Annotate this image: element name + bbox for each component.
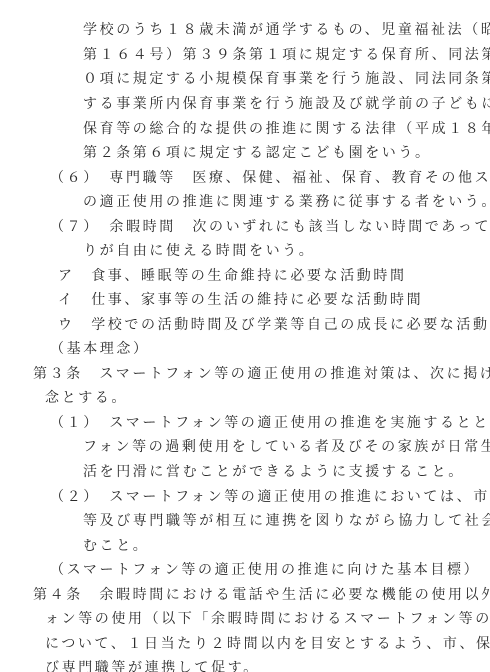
document-line: （２） スマートフォン等の適正使用の推進においては、市、保護者、学校	[50, 488, 490, 506]
document-line: （１） スマートフォン等の適正使用の推進を実施するとともに、スマート	[50, 414, 490, 432]
document-line: （６） 専門職等 医療、保健、福祉、保育、教育その他スマートフォン等	[50, 169, 490, 187]
document-line: 第２条第６項に規定する認定こども園をいう。	[83, 144, 432, 162]
document-line: 第１６４号）第３９条第１項に規定する保育所、同法第６条の３第１	[83, 46, 490, 64]
document-line: する事業所内保育事業を行う施設及び就学前の子どもに関する教育、	[83, 95, 490, 113]
document-line: （７） 余暇時間 次のいずれにも該当しない時間であって、市民一人ひと	[50, 218, 490, 236]
document-line: び専門職等が連携して促す。	[45, 659, 260, 672]
document-line: ウ 学校での活動時間及び学業等自己の成長に必要な活動時間	[58, 316, 490, 334]
document-line: について、１日当たり２時間以内を目安とするよう、市、保護者、学校等及	[45, 635, 490, 653]
document-line: ０項に規定する小規模保育事業を行う施設、同法同条第１２項に規定	[83, 70, 490, 88]
document-line: イ 仕事、家事等の生活の維持に必要な活動時間	[58, 291, 423, 309]
document-line: フォン等の過剰使用をしている者及びその家族が日常生活及び社会生	[83, 438, 490, 456]
document-line: （スマートフォン等の適正使用の推進に向けた基本目標）	[50, 561, 480, 579]
document-line: ア 食事、睡眠等の生命維持に必要な活動時間	[58, 267, 407, 285]
document-line: 保育等の総合的な提供の推進に関する法律（平成１８年法律第７７号）	[83, 120, 490, 138]
document-line: 学校のうち１８歳未満が通学するもの、児童福祉法（昭和２２年法律	[83, 21, 490, 39]
document-line: （基本理念）	[50, 340, 150, 358]
document-line: りが自由に使える時間をいう。	[83, 242, 315, 260]
document-line: ォン等の使用（以下「余暇時間におけるスマートフォン等の使用」という。）	[45, 610, 490, 628]
document-line: 第４条 余暇時間における電話や生活に必要な機能の使用以外でのスマートフ	[33, 586, 490, 604]
document-line: 念とする。	[45, 389, 128, 407]
document-line: 第３条 スマートフォン等の適正使用の推進対策は、次に掲げる事項を基本理	[33, 365, 490, 383]
document-page: 学校のうち１８歳未満が通学するもの、児童福祉法（昭和２２年法律第１６４号）第３９…	[0, 0, 490, 672]
document-line: むこと。	[83, 537, 149, 555]
document-line: の適正使用の推進に関連する業務に従事する者をいう。	[83, 193, 490, 211]
document-line: 活を円滑に営むことができるように支援すること。	[83, 463, 465, 481]
document-line: 等及び専門職等が相互に連携を図りながら協力して社会全体で取り組	[83, 512, 490, 530]
